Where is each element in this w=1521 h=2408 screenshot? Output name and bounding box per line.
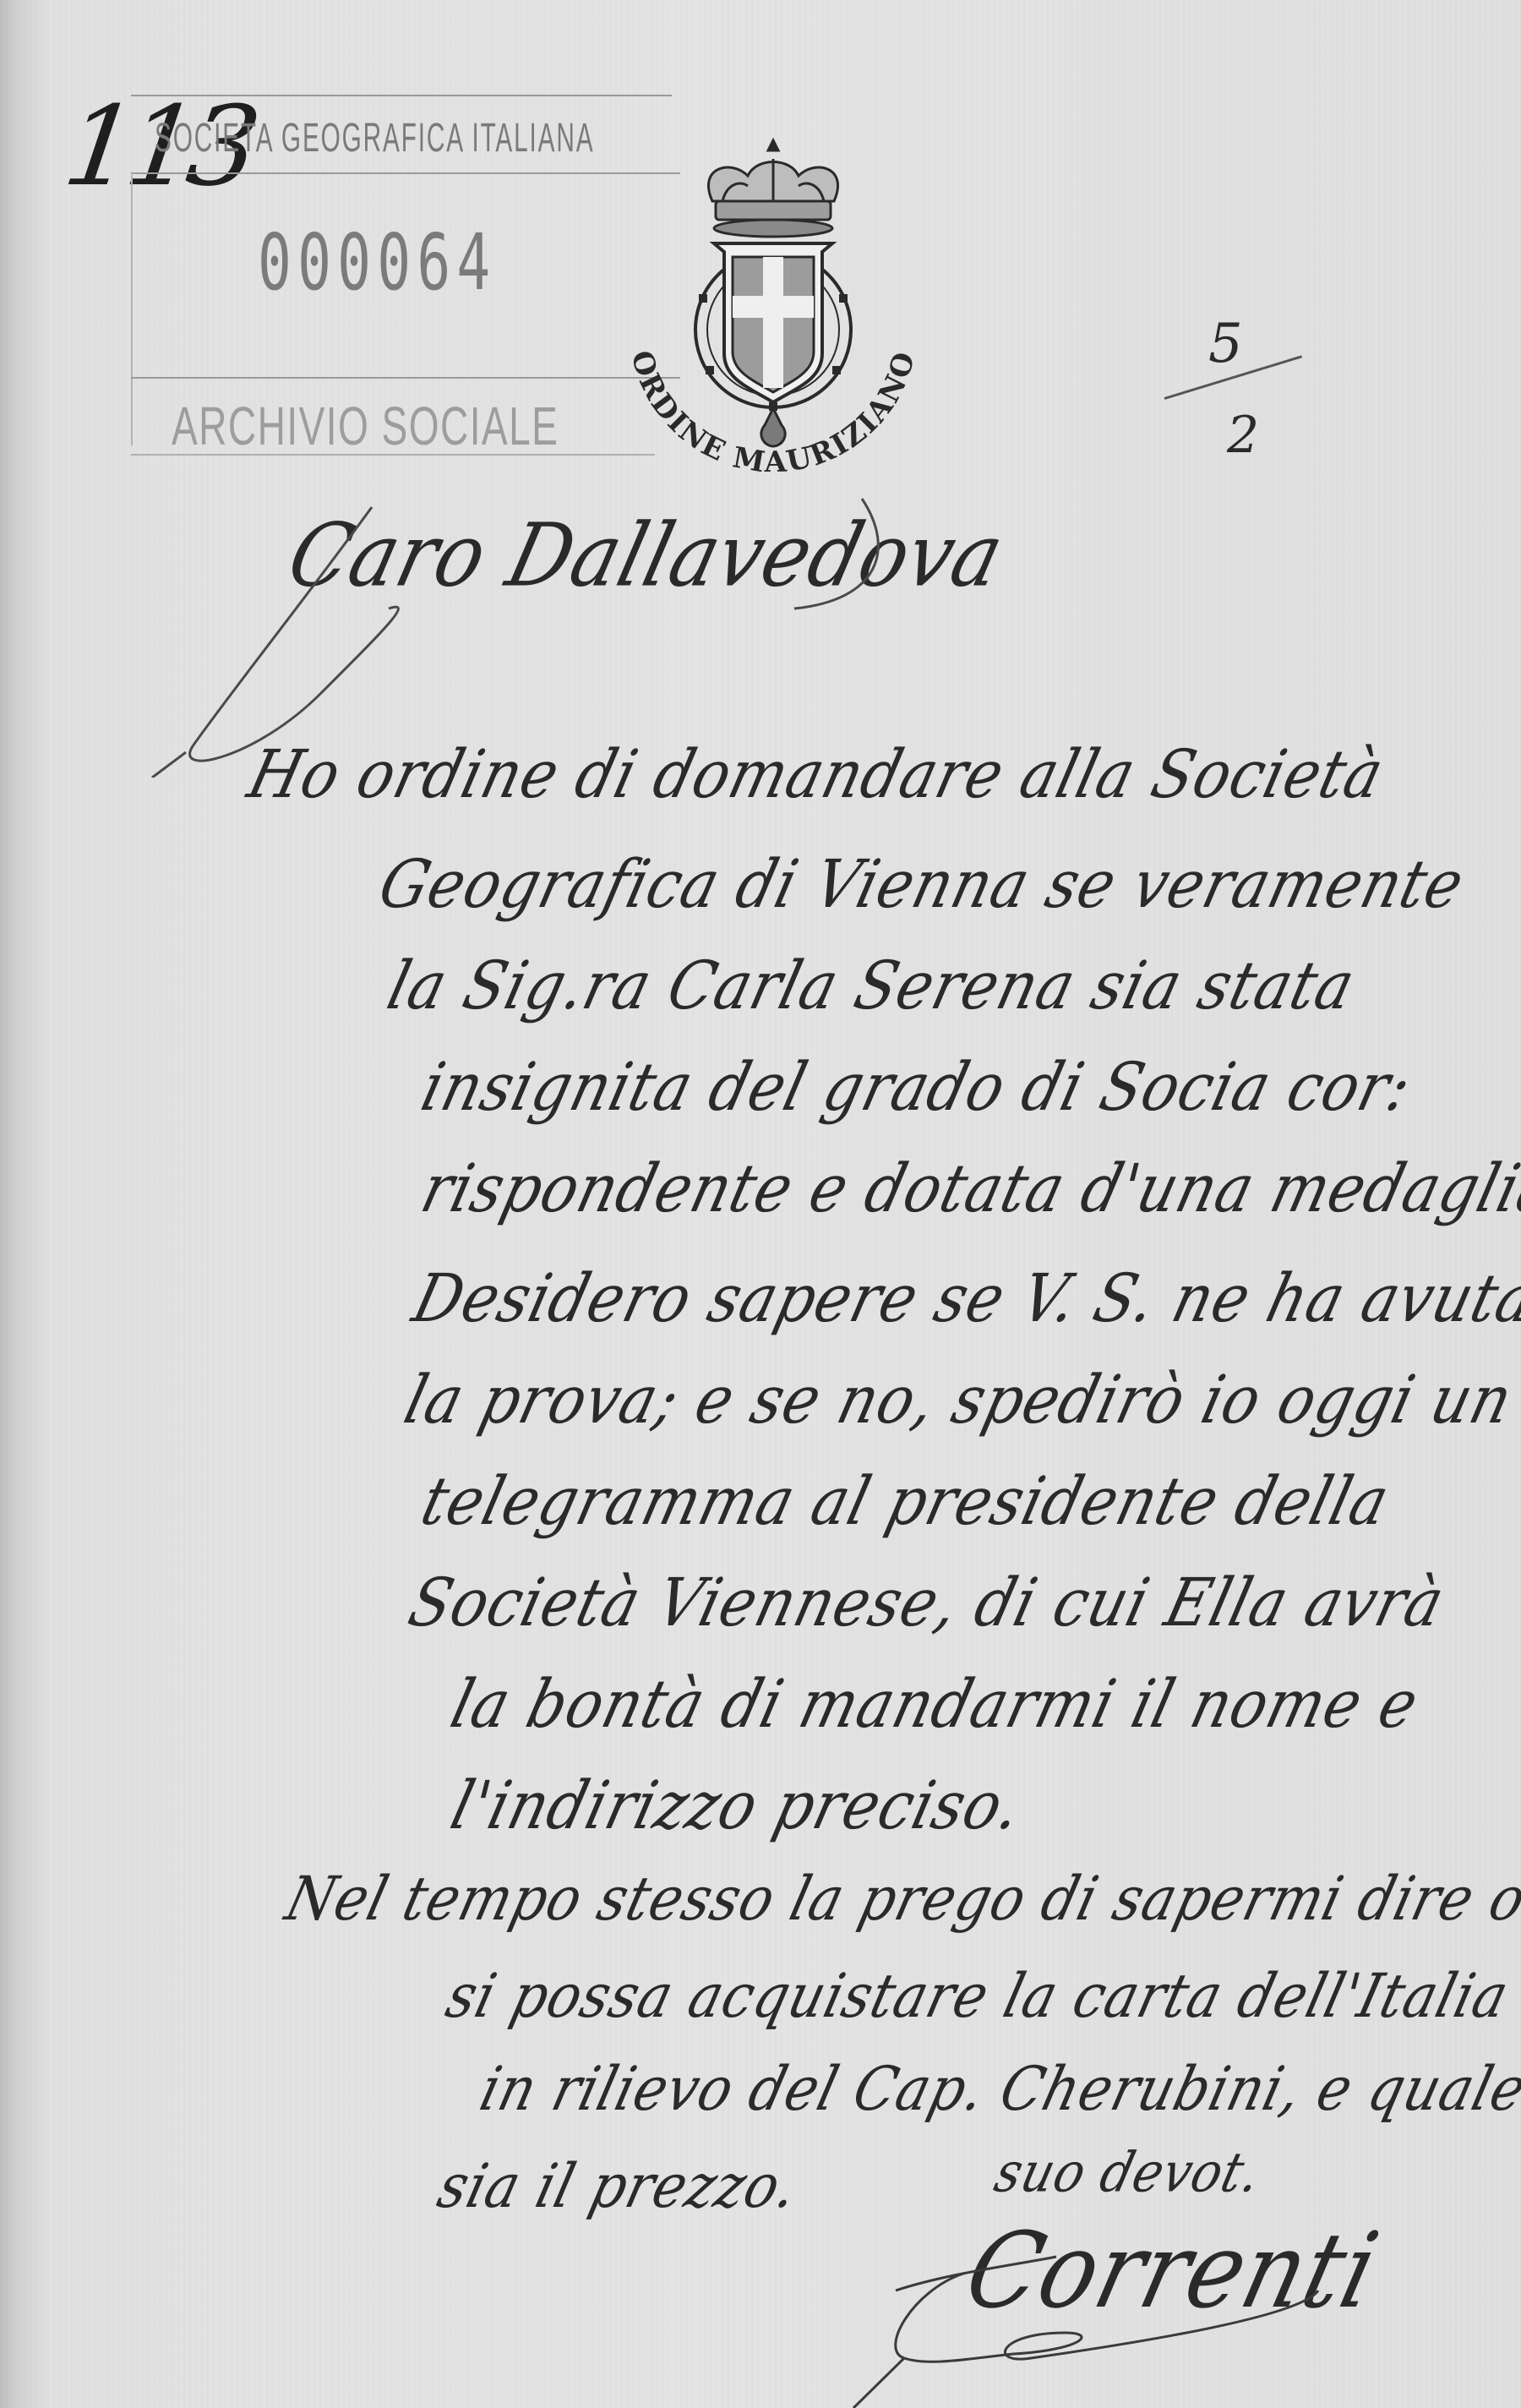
body-line: la prova; e se no, spedirò io oggi un <box>397 1361 1520 1439</box>
stamp-rule <box>131 172 680 174</box>
body-line: l'indirizzo preciso. <box>444 1766 1030 1844</box>
body-line: Desidero sapere se V. S. ne ha avuta <box>406 1259 1521 1337</box>
postscript-line: in rilievo del Cap. Cherubini, e quale n… <box>473 2055 1521 2125</box>
page-fraction-annotation: 5 2 <box>1149 313 1301 473</box>
signature: Correnti <box>955 2210 1390 2331</box>
letterhead-emblem: ORDINE MAURIZIANO <box>613 134 934 472</box>
stamp-archive-number: 000064 <box>258 217 496 308</box>
stamp-rule <box>131 377 680 379</box>
salutation: Caro Dallavedova <box>279 505 1014 606</box>
body-line: insignita del grado di Socia cor: <box>414 1048 1420 1126</box>
archive-stamp: SOCIETA GEOGRAFICA ITALIANA 000064 ARCHI… <box>131 95 680 458</box>
body-line: Ho ordine di domandare alla Società <box>241 735 1392 813</box>
stamp-archive-label: ARCHIVIO SOCIALE <box>172 395 559 457</box>
body-line: Geografica di Vienna se veramente <box>372 845 1472 923</box>
body-line: la Sig.ra Carla Serena sia stata <box>380 947 1363 1024</box>
stamp-left-rule <box>131 175 133 445</box>
body-line: la bontà di mandarmi il nome e <box>444 1665 1426 1743</box>
postscript-line: si possa acquistare la carta dell'Italia <box>439 1962 1516 2032</box>
motto-arc: ORDINE MAURIZIANO <box>613 134 934 472</box>
letter-page: 113 SOCIETA GEOGRAFICA ITALIANA 000064 A… <box>0 0 1521 2408</box>
stamp-bottom-rule <box>131 454 655 456</box>
postscript-line: Nel tempo stesso la prego di sapermi dir… <box>279 1865 1521 1935</box>
closing: suo devot. <box>989 2140 1267 2204</box>
fraction-numerator: 5 <box>1208 313 1243 375</box>
postscript-line: sia il prezzo. <box>431 2152 804 2222</box>
svg-text:ORDINE MAURIZIANO: ORDINE MAURIZIANO <box>624 347 922 472</box>
stamp-society-label: SOCIETA GEOGRAFICA ITALIANA <box>155 115 594 161</box>
body-line: rispondente e dotata d'una medaglia. <box>414 1149 1521 1227</box>
stamp-top-rule <box>131 95 672 96</box>
letterhead-motto: ORDINE MAURIZIANO <box>624 347 922 472</box>
fraction-denominator: 2 <box>1227 406 1259 465</box>
body-line: telegramma al presidente della <box>414 1462 1397 1540</box>
body-line: Società Viennese, di cui Ella avrà <box>401 1564 1452 1641</box>
